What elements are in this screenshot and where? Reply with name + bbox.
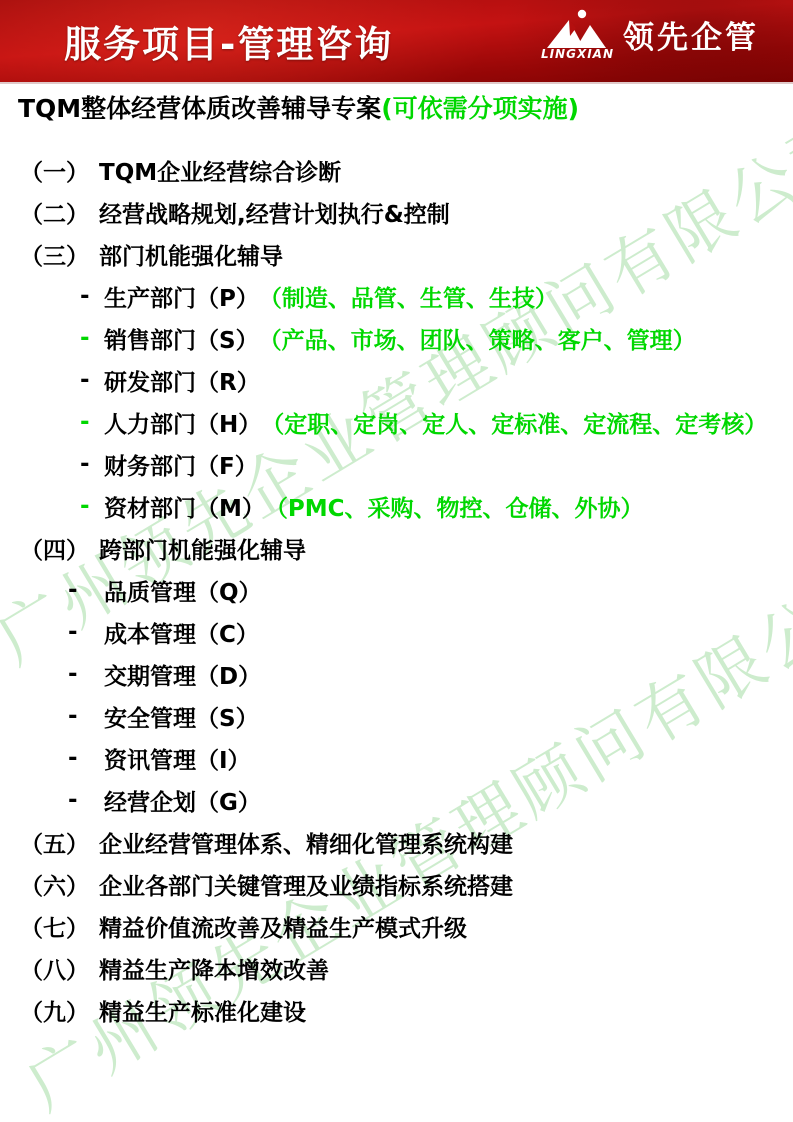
- sub-item-text: 资讯管理（I）: [104, 742, 251, 775]
- dash-bullet: -: [80, 367, 104, 393]
- item-number: （六）: [20, 868, 89, 901]
- logo-text-en: LINGXIAN: [541, 47, 614, 61]
- list-item: （八）精益生产降本增效改善: [0, 947, 793, 989]
- dash-bullet: -: [68, 661, 104, 687]
- sub-item-text: 研发部门（R）: [104, 364, 260, 397]
- sub-item-text: 人力部门（H）: [104, 406, 261, 439]
- sub-list-item: -交期管理（D）: [0, 653, 793, 695]
- sub-list-item: -人力部门（H）（定职、定岗、定人、定标准、定流程、定考核）: [0, 401, 793, 443]
- dash-bullet: -: [80, 325, 104, 351]
- page-title: 服务项目-管理咨询: [64, 14, 393, 68]
- item-number: （八）: [20, 952, 89, 985]
- sub-item-note: （制造、品管、生管、生技）: [259, 280, 558, 313]
- sub-item-text: 销售部门（S）: [104, 322, 259, 355]
- sub-list-item: -财务部门（F）: [0, 443, 793, 485]
- dash-bullet: -: [80, 451, 104, 477]
- list-item: （三）部门机能强化辅导: [0, 233, 793, 275]
- item-number: （三）: [20, 238, 89, 271]
- item-text: 企业经营管理体系、精细化管理系统构建: [99, 826, 513, 859]
- sub-list-item: -资材部门（M）（PMC、采购、物控、仓储、外协）: [0, 485, 793, 527]
- sub-list-item: -品质管理（Q）: [0, 569, 793, 611]
- item-number: （二）: [20, 196, 89, 229]
- dash-bullet: -: [68, 787, 104, 813]
- list-item: （四）跨部门机能强化辅导: [0, 527, 793, 569]
- list-item: （五）企业经营管理体系、精细化管理系统构建: [0, 821, 793, 863]
- sub-item-text: 生产部门（P）: [104, 280, 259, 313]
- list-item: （一）TQM企业经营综合诊断: [0, 149, 793, 191]
- subtitle-note: (可依需分项实施): [381, 94, 579, 123]
- sub-item-text: 资材部门（M）: [104, 490, 265, 523]
- sub-item-note: （PMC、采购、物控、仓储、外协）: [265, 490, 644, 523]
- sub-list-item: -生产部门（P）（制造、品管、生管、生技）: [0, 275, 793, 317]
- sub-item-note: （定职、定岗、定人、定标准、定流程、定考核）: [261, 406, 767, 439]
- sub-item-text: 品质管理（Q）: [104, 574, 262, 607]
- dash-bullet: -: [68, 619, 104, 645]
- dash-bullet: -: [68, 745, 104, 771]
- dash-bullet: -: [80, 493, 104, 519]
- header-banner: 服务项目-管理咨询 LINGXIAN 领先企管: [0, 0, 793, 84]
- sub-list-item: -销售部门（S）（产品、市场、团队、策略、客户、管理）: [0, 317, 793, 359]
- document-body: 第一模块:企业全面经营管理咨询： TQM整体经营体质改善辅导专案(可依需分项实施…: [0, 26, 793, 1031]
- dash-bullet: -: [80, 409, 104, 435]
- page: 服务项目-管理咨询 LINGXIAN 领先企管 第一模块:企业全面经营管理咨询：…: [0, 0, 793, 1122]
- item-text: TQM企业经营综合诊断: [99, 154, 341, 187]
- sub-list-item: -资讯管理（I）: [0, 737, 793, 779]
- service-list: （一）TQM企业经营综合诊断 （二）经营战略规划,经营计划执行&控制 （三）部门…: [0, 149, 793, 1031]
- item-text: 精益生产标准化建设: [99, 994, 306, 1027]
- sub-list-item: -经营企划（G）: [0, 779, 793, 821]
- logo-mark: LINGXIAN: [541, 8, 614, 61]
- list-item: （七）精益价值流改善及精益生产模式升级: [0, 905, 793, 947]
- mountain-icon: [546, 8, 608, 50]
- item-text: 精益价值流改善及精益生产模式升级: [99, 910, 467, 943]
- item-text: 经营战略规划,经营计划执行&控制: [99, 196, 450, 229]
- item-number: （一）: [20, 154, 89, 187]
- logo-text-cn: 领先企管: [623, 12, 759, 57]
- item-number: （九）: [20, 994, 89, 1027]
- list-item: （二）经营战略规划,经营计划执行&控制: [0, 191, 793, 233]
- brand-logo: LINGXIAN 领先企管: [541, 8, 759, 61]
- sub-item-text: 安全管理（S）: [104, 700, 259, 733]
- dash-bullet: -: [80, 283, 104, 309]
- item-text: 跨部门机能强化辅导: [99, 532, 306, 565]
- item-text: 部门机能强化辅导: [99, 238, 283, 271]
- sub-item-text: 经营企划（G）: [104, 784, 261, 817]
- subtitle-main: TQM整体经营体质改善辅导专案: [18, 94, 381, 123]
- item-number: （七）: [20, 910, 89, 943]
- dash-bullet: -: [68, 577, 104, 603]
- sub-item-text: 成本管理（C）: [104, 616, 259, 649]
- dash-bullet: -: [68, 703, 104, 729]
- sub-item-text: 财务部门（F）: [104, 448, 258, 481]
- item-number: （四）: [20, 532, 89, 565]
- item-number: （五）: [20, 826, 89, 859]
- sub-item-text: 交期管理（D）: [104, 658, 261, 691]
- list-item: （六）企业各部门关键管理及业绩指标系统搭建: [0, 863, 793, 905]
- item-text: 企业各部门关键管理及业绩指标系统搭建: [99, 868, 513, 901]
- sub-list-item: -研发部门（R）: [0, 359, 793, 401]
- sub-item-note: （产品、市场、团队、策略、客户、管理）: [259, 322, 696, 355]
- item-text: 精益生产降本增效改善: [99, 952, 329, 985]
- list-item: （九）精益生产标准化建设: [0, 989, 793, 1031]
- subtitle: TQM整体经营体质改善辅导专案(可依需分项实施): [18, 89, 793, 125]
- sub-list-item: -安全管理（S）: [0, 695, 793, 737]
- sub-list-item: -成本管理（C）: [0, 611, 793, 653]
